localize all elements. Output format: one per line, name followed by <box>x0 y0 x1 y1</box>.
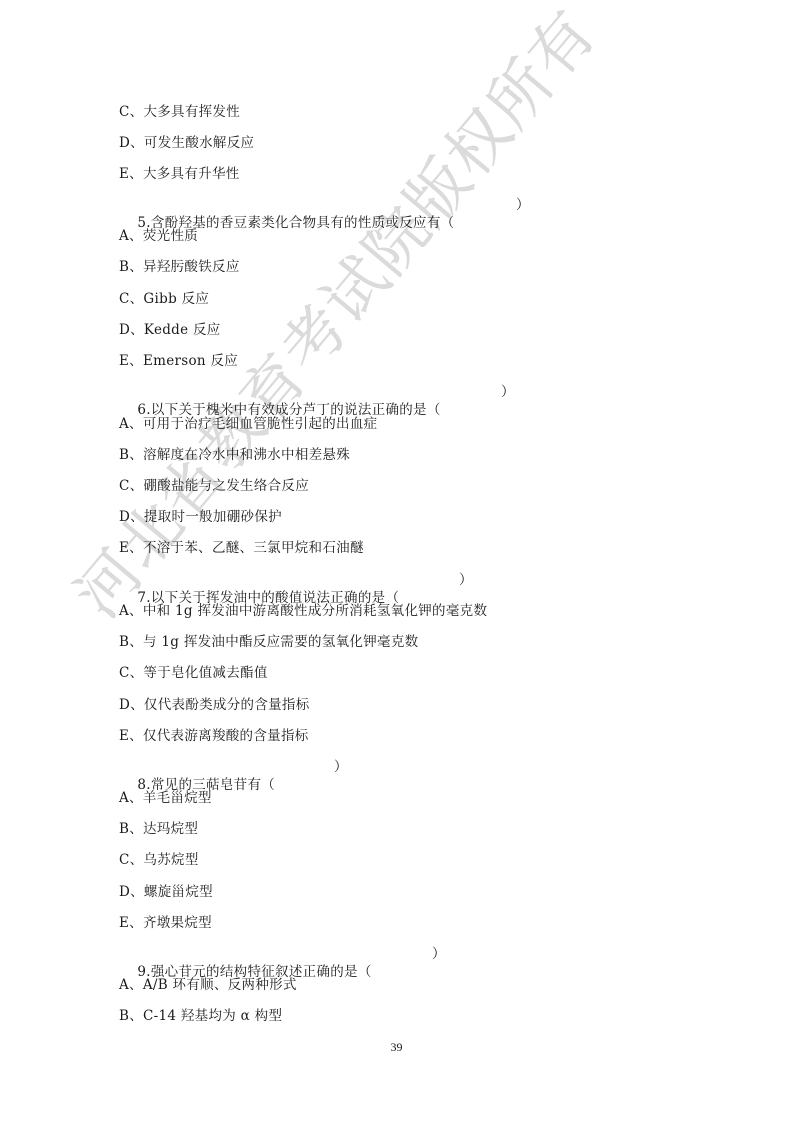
option-6d: D、提取时一般加硼砂保护 <box>119 508 282 526</box>
option-6c: C、硼酸盐能与之发生络合反应 <box>119 477 309 495</box>
option-5e: E、Emerson 反应 <box>119 352 238 370</box>
option-7c: C、等于皂化值减去酯值 <box>119 664 268 682</box>
option-5a: A、荧光性质 <box>119 227 198 245</box>
option-4d: D、可发生酸水解反应 <box>119 134 254 152</box>
option-4c: C、大多具有挥发性 <box>119 103 240 121</box>
option-6e: E、不溶于苯、乙醚、三氯甲烷和石油醚 <box>119 539 364 557</box>
document-page: 河北省教育考试院版权所有 C、大多具有挥发性 D、可发生酸水解反应 E、大多具有… <box>0 0 793 1123</box>
option-8a: A、羊毛甾烷型 <box>119 789 212 807</box>
option-6b: B、溶解度在冷水中和沸水中相差悬殊 <box>119 446 350 464</box>
option-7e: E、仅代表游离羧酸的含量指标 <box>119 727 309 745</box>
option-7d: D、仅代表酚类成分的含量指标 <box>119 696 310 714</box>
option-5d: D、Kedde 反应 <box>119 321 221 339</box>
option-9b: B、C-14 羟基均为 α 构型 <box>119 1007 282 1025</box>
option-8e: E、齐墩果烷型 <box>119 914 212 932</box>
page-number: 39 <box>0 1040 793 1055</box>
option-8b: B、达玛烷型 <box>119 820 198 838</box>
option-7b: B、与 1g 挥发油中酯反应需要的氢氧化钾毫克数 <box>119 633 418 651</box>
option-9a: A、A/B 环有顺、反两种形式 <box>119 976 297 994</box>
question-5-close-paren: ） <box>516 196 530 214</box>
option-5b: B、异羟肟酸铁反应 <box>119 258 240 276</box>
option-8d: D、螺旋甾烷型 <box>119 883 213 901</box>
question-8-close-paren: ） <box>334 758 348 776</box>
question-7-close-paren: ） <box>459 571 473 589</box>
option-6a: A、可用于治疗毛细血管脆性引起的出血症 <box>119 415 377 433</box>
question-9-close-paren: ） <box>432 945 446 963</box>
option-5c: C、Gibb 反应 <box>119 290 209 308</box>
option-7a: A、中和 1g 挥发油中游离酸性成分所消耗氢氧化钾的毫克数 <box>119 602 487 620</box>
question-6-close-paren: ） <box>501 383 515 401</box>
option-4e: E、大多具有升华性 <box>119 165 240 183</box>
option-8c: C、乌苏烷型 <box>119 851 199 869</box>
